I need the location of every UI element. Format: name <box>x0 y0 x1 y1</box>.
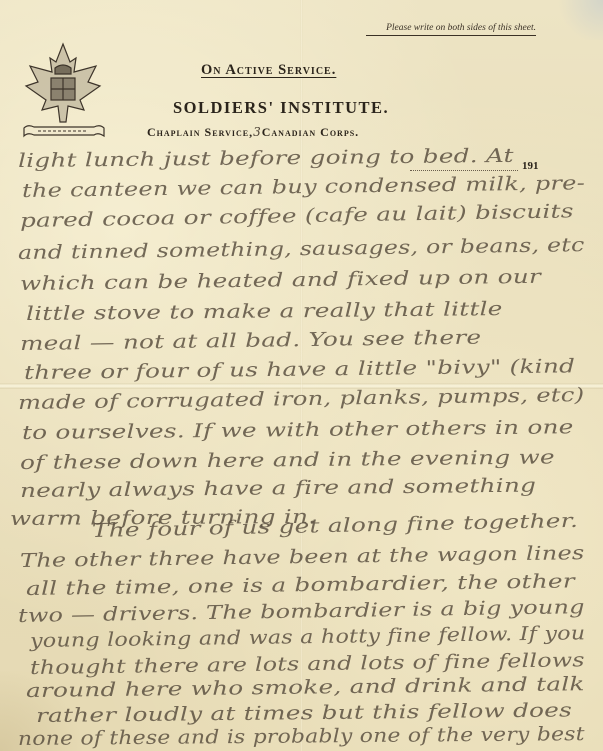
letter-line: to ourselves. If we with other others in… <box>22 416 574 444</box>
letter-line: none of these and is probably one of the… <box>18 723 585 750</box>
letter-line: three or four of us have a little "bivy"… <box>24 355 575 384</box>
letter-line: pared cocoa or coffee (cafe au lait) bis… <box>20 200 574 232</box>
letter-line: nearly always have a fire and something <box>20 475 536 502</box>
letter-line: little stove to make a really that littl… <box>26 298 503 325</box>
handwritten-letter-body: light lunch just before going to bed. At… <box>0 0 603 751</box>
letter-line: light lunch just before going to bed. At <box>18 145 514 172</box>
letter-line: rather loudly at times but this fellow d… <box>36 699 572 727</box>
letter-line: all the time, one is a bombardier, the o… <box>26 570 575 600</box>
letter-line: meal — not at all bad. You see there <box>20 327 482 355</box>
letter-line: made of corrugated iron, planks, pumps, … <box>18 384 585 414</box>
letter-line: The other three have been at the wagon l… <box>20 542 585 572</box>
letter-line: the canteen we can buy condensed milk, p… <box>22 172 585 202</box>
letter-line: and tinned something, sausages, or beans… <box>18 234 585 264</box>
letter-line: which can be heated and fixed up on our <box>20 266 541 295</box>
letter-line: of these down here and in the evening we <box>20 446 555 474</box>
letter-line: young looking and was a hotty fine fello… <box>30 622 586 652</box>
letter-line: two — drivers. The bombardier is a big y… <box>18 596 585 627</box>
